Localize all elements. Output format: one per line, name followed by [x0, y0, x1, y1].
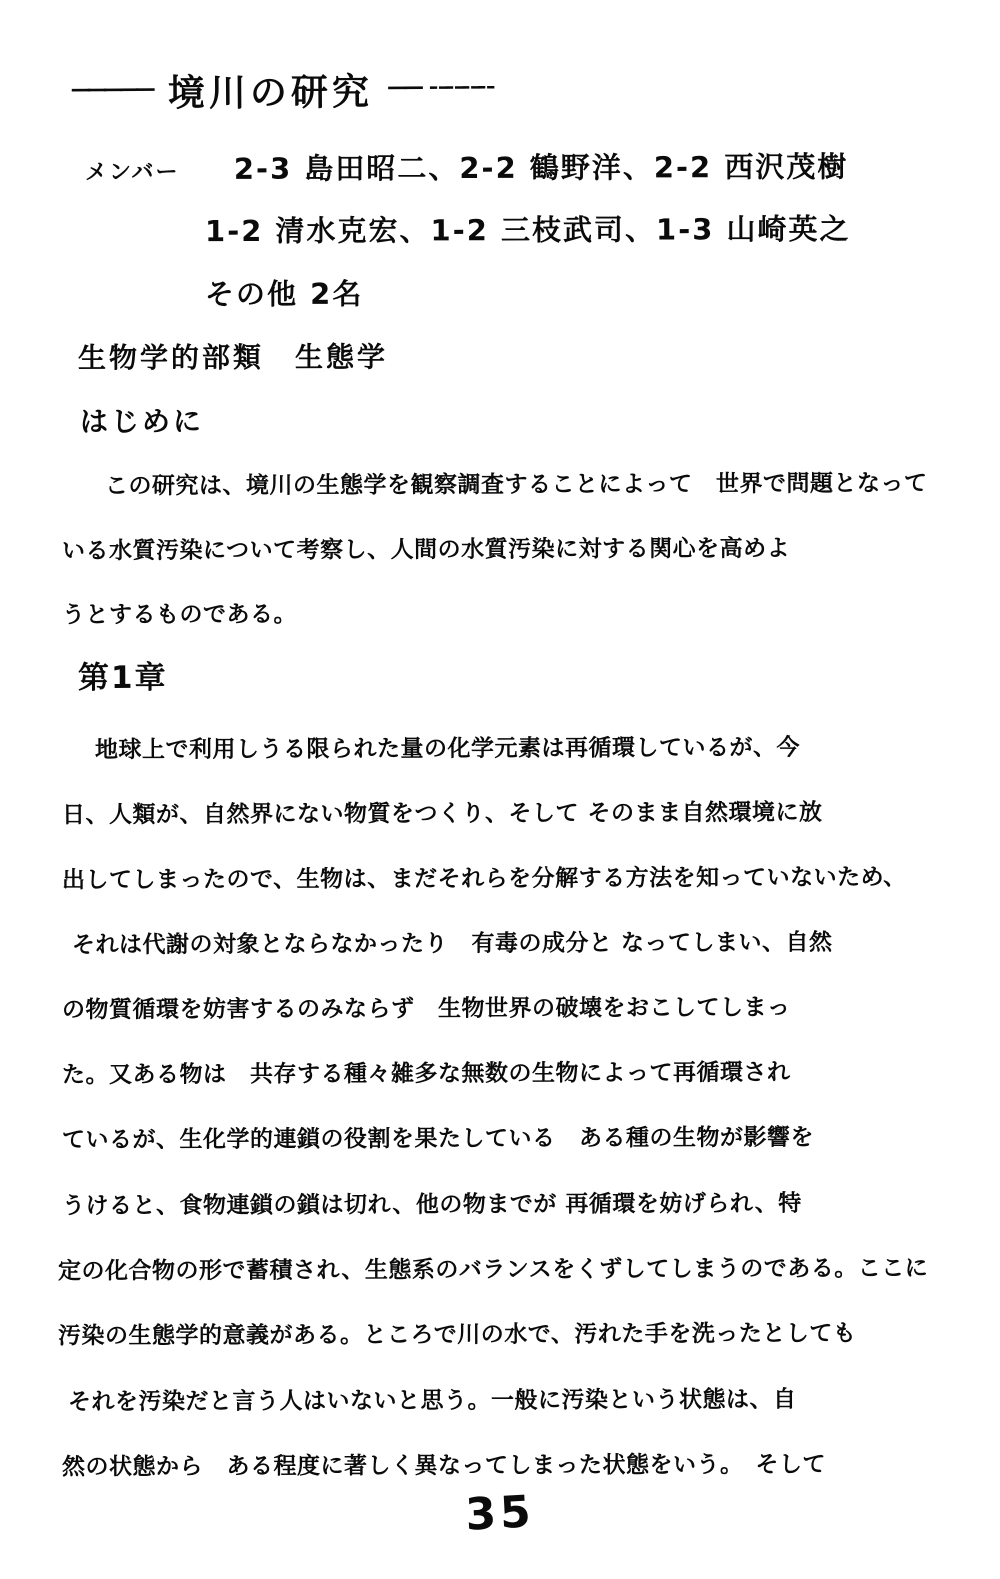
body-line: うけると、食物連鎖の鎖は切れ、他の物までが 再循環を妨げられ、特 [62, 1185, 802, 1221]
body-line: 汚染の生態学的意義がある。ところで川の水で、汚れた手を洗ったとしても [58, 1315, 856, 1351]
body-line: ているが、生化学的連鎖の役割を果たしている ある種の生物が影響を [62, 1119, 814, 1155]
page-title: 境川の研究 [168, 70, 373, 114]
members-label: メンバー [85, 160, 180, 185]
body-line: それは代謝の対象とならなかったり 有毒の成分と なってしまい、自然 [72, 924, 833, 960]
title-dash-left: ───── [72, 73, 153, 109]
title-dash-right: ── ╌╌╌╌ [388, 71, 493, 107]
body-line: た。又ある物は 共存する種々雑多な無数の生物によって再循環され [62, 1054, 791, 1090]
members-row: メンバー 2-3 島田昭二、2-2 鶴野洋、2-2 西沢茂樹 [85, 145, 848, 189]
intro-line: うとするものである。 [62, 596, 297, 630]
members-line-1: 2-3 島田昭二、2-2 鶴野洋、2-2 西沢茂樹 [234, 150, 849, 186]
intro-line: いる水質汚染について考察し、人間の水質汚染に対する関心を高めよ [62, 530, 790, 566]
intro-line: この研究は、境川の生態学を観察調査することによって 世界で問題となって [105, 465, 928, 501]
page-number: 35 [464, 1486, 536, 1541]
body-line: 日、人類が、自然界にない物質をつくり、そして そのまま自然環境に放 [62, 794, 823, 830]
body-line: 地球上で利用しうる限られた量の化学元素は再循環しているが、今 [95, 729, 800, 764]
category-heading: 生物学的部類 生態学 [78, 335, 388, 376]
members-line-3: その他 2名 [205, 272, 363, 314]
members-line-2: 1-2 清水克宏、1-2 三枝武司、1-3 山崎英之 [205, 207, 851, 250]
intro-heading: はじめに [80, 400, 204, 440]
body-line: 出してしまったので、生物は、まだそれらを分解する方法を知っていないため、 [62, 859, 907, 895]
body-line: の物質循環を妨害するのみならず 生物世界の破壊をおこしてしまっ [62, 989, 791, 1025]
scanned-page: ───── 境川の研究 ── ╌╌╌╌ メンバー 2-3 島田昭二、2-2 鶴野… [0, 0, 1000, 1579]
title-row: ───── 境川の研究 ── ╌╌╌╌ [72, 61, 494, 118]
chapter-heading: 第1章 [78, 652, 168, 697]
body-line: それを汚染だと言う人はいないと思う。一般に汚染という状態は、自 [68, 1381, 797, 1417]
body-line: 定の化合物の形で蓄積され、生態系のバランスをくずしてしまうのである。ここに [58, 1249, 928, 1285]
body-line: 然の状態から ある程度に著しく異なってしまった状態をいう。 そして [62, 1446, 826, 1482]
